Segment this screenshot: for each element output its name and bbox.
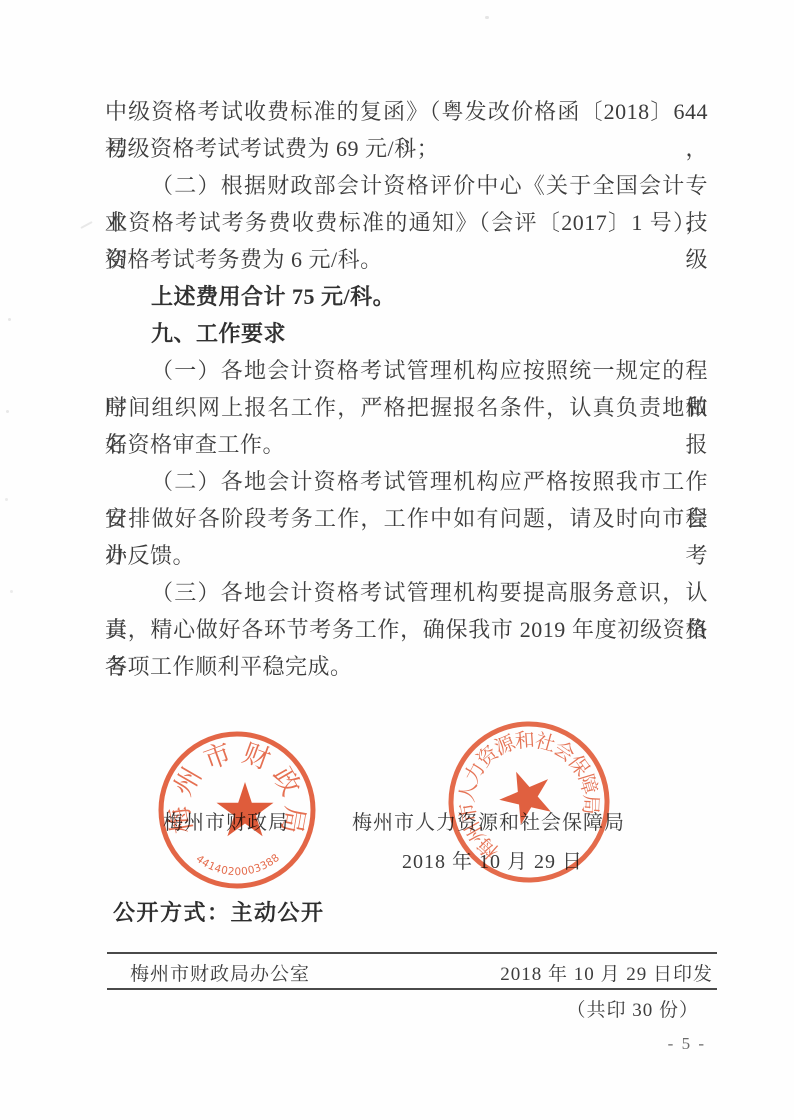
body-line: 各项工作顺利平稳完成。: [105, 648, 708, 685]
footer-copies-count: （共印 30 份）: [566, 995, 699, 1022]
body-line: （二）根据财政部会计资格评价中心《关于全国会计专业技: [105, 167, 708, 204]
footer-issuing-office: 梅州市财政局办公室: [130, 959, 310, 986]
scan-artifact: [485, 16, 489, 19]
body-line: 责，精心做好各环节考务工作，确保我市 2019 年度初级资格考: [105, 611, 708, 648]
scan-artifact: [8, 318, 11, 321]
document-body: 中级资格考试收费标准的复函》（粤发改价格函〔2018〕644 号）， 初级资格考…: [105, 93, 708, 685]
body-line: （三）各地会计资格考试管理机构要提高服务意识，认真负: [105, 574, 708, 611]
footer-rule-top: [107, 952, 717, 954]
body-line: 时间组织网上报名工作，严格把握报名条件，认真负责地做好报: [105, 389, 708, 426]
svg-text:局: 局: [276, 804, 310, 836]
body-line-total-fee: 上述费用合计 75 元/科。: [105, 278, 708, 315]
page-number: - 5 -: [668, 1034, 706, 1054]
scan-artifact: [80, 221, 92, 229]
section-heading: 九、工作要求: [105, 315, 708, 352]
body-line: （二）各地会计资格考试管理机构应严格按照我市工作日程: [105, 463, 708, 500]
svg-text:局: 局: [579, 794, 602, 815]
footer-rule-bottom: [107, 988, 717, 990]
scan-artifact: [10, 590, 13, 593]
official-seal-hr-social-security-bureau: 梅州市人力资源和社会保障局: [434, 707, 624, 897]
official-seal-finance-bureau: 梅州市财政局 4414020003388: [147, 720, 327, 900]
seal-star-icon: [492, 761, 561, 828]
footer-print-date: 2018 年 10 月 29 日印发: [500, 959, 713, 986]
body-line: 术资格考试考务费收费标准的通知》（会评〔2017〕1 号），初级: [105, 204, 708, 241]
body-line: 安排做好各阶段考务工作，工作中如有问题，请及时向市会计考: [105, 500, 708, 537]
scan-artifact: [5, 498, 8, 501]
seal-serial-number: 4414020003388: [194, 852, 283, 879]
document-page: 中级资格考试收费标准的复函》（粤发改价格函〔2018〕644 号）， 初级资格考…: [0, 0, 794, 1120]
body-line: 中级资格考试收费标准的复函》（粤发改价格函〔2018〕644 号），: [105, 93, 708, 130]
body-line: （一）各地会计资格考试管理机构应按照统一规定的程序和: [105, 352, 708, 389]
seal-star-icon: [217, 782, 274, 836]
scan-artifact: [6, 410, 9, 413]
svg-text:梅: 梅: [164, 804, 198, 836]
publicity-method-label: 公开方式：主动公开: [113, 896, 325, 927]
